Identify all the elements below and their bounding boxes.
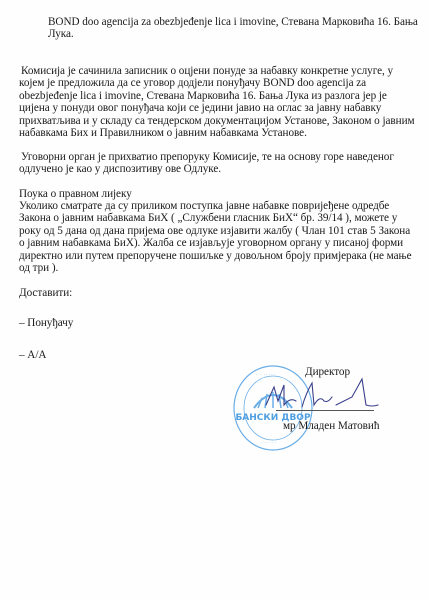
- decision-paragraph: Уговорни орган је прихватио препоруку Ко…: [19, 151, 417, 176]
- deliver-to-label: Доставити:: [19, 287, 72, 299]
- commission-paragraph: Комисија је сачинила записник о оцјени п…: [19, 65, 417, 139]
- signature-icon: [262, 375, 380, 415]
- legal-remedy-body: Уколико сматрате да су приликом поступка…: [19, 200, 417, 274]
- document-page: BOND doo agencija za obezbjeđenje lica i…: [0, 0, 428, 600]
- recipient-bidder: – Понуђачу: [19, 317, 73, 329]
- signature-line: [276, 410, 374, 411]
- svg-text:· · · · · ·: · · · · · ·: [262, 440, 276, 445]
- recipient-archive: – А/А: [19, 349, 46, 361]
- legal-remedy-title: Поука о правном лијеку: [19, 188, 319, 200]
- signatory-name: мр Младен Матовић: [283, 420, 379, 432]
- address-line: BOND doo agencija za obezbjeđenje lica i…: [48, 16, 418, 41]
